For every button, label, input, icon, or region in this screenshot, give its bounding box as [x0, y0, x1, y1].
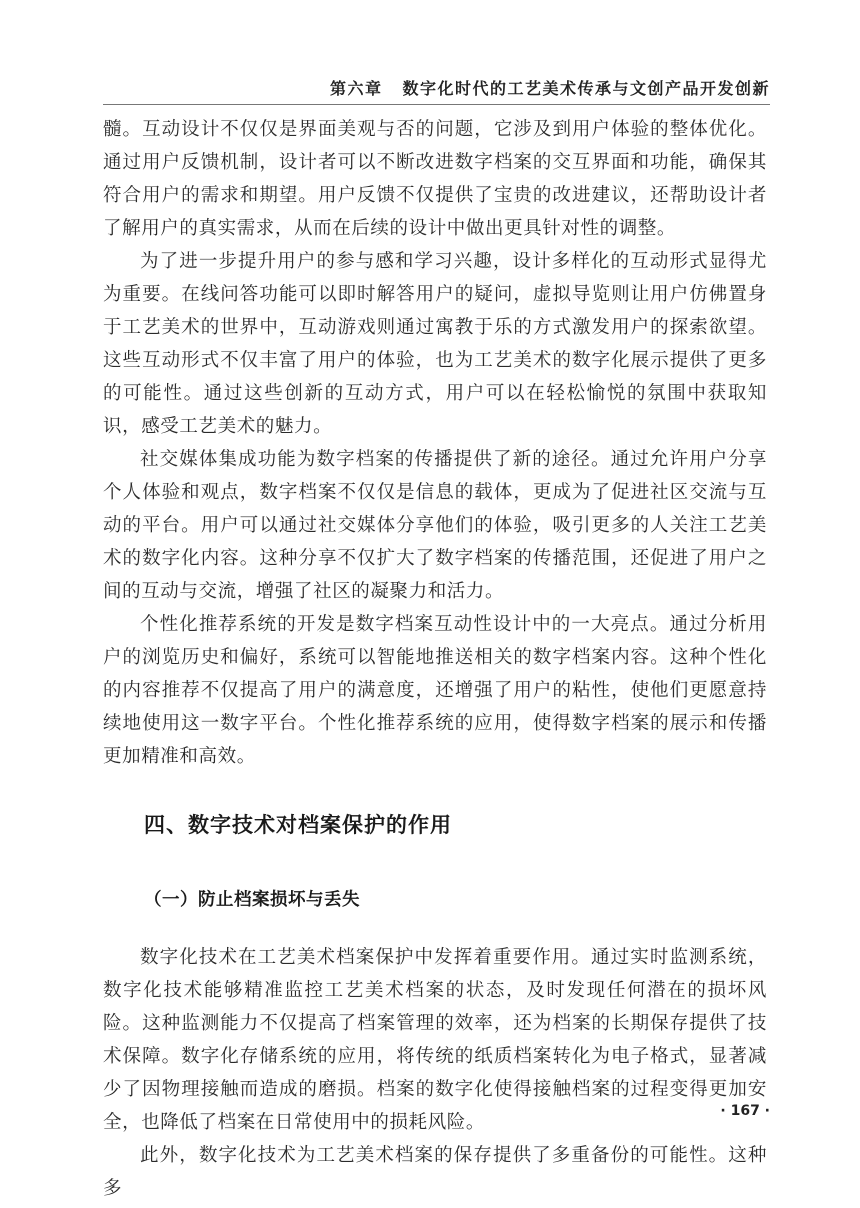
- paragraph: 社交媒体集成功能为数字档案的传播提供了新的途径。通过允许用户分享个人体验和观点，…: [103, 443, 767, 608]
- paragraph: 髓。互动设计不仅仅是界面美观与否的问题，它涉及到用户体验的整体优化。通过用户反馈…: [103, 113, 767, 245]
- body-text: 髓。互动设计不仅仅是界面美观与否的问题，它涉及到用户体验的整体优化。通过用户反馈…: [103, 113, 767, 1205]
- subsection-heading: （一）防止档案损坏与丢失: [103, 884, 767, 917]
- paragraph: 此外，数字化技术为工艺美术档案的保存提供了多重备份的可能性。这种多: [103, 1139, 767, 1205]
- document-page: 第六章数字化时代的工艺美术传承与文创产品开发创新 髓。互动设计不仅仅是界面美观与…: [0, 0, 860, 1208]
- page-number: · 167 ·: [680, 1103, 770, 1119]
- paragraph: 为了进一步提升用户的参与感和学习兴趣，设计多样化的互动形式显得尤为重要。在线问答…: [103, 245, 767, 443]
- paragraph: 数字化技术在工艺美术档案保护中发挥着重要作用。通过实时监测系统，数字化技术能够精…: [103, 941, 767, 1139]
- header-rule: [103, 104, 770, 105]
- paragraph: 个性化推荐系统的开发是数字档案互动性设计中的一大亮点。通过分析用户的浏览历史和偏…: [103, 608, 767, 773]
- chapter-title: 数字化时代的工艺美术传承与文创产品开发创新: [402, 79, 770, 98]
- chapter-label: 第六章: [330, 79, 383, 98]
- running-header: 第六章数字化时代的工艺美术传承与文创产品开发创新: [103, 74, 770, 104]
- section-heading: 四、数字技术对档案保护的作用: [103, 809, 767, 842]
